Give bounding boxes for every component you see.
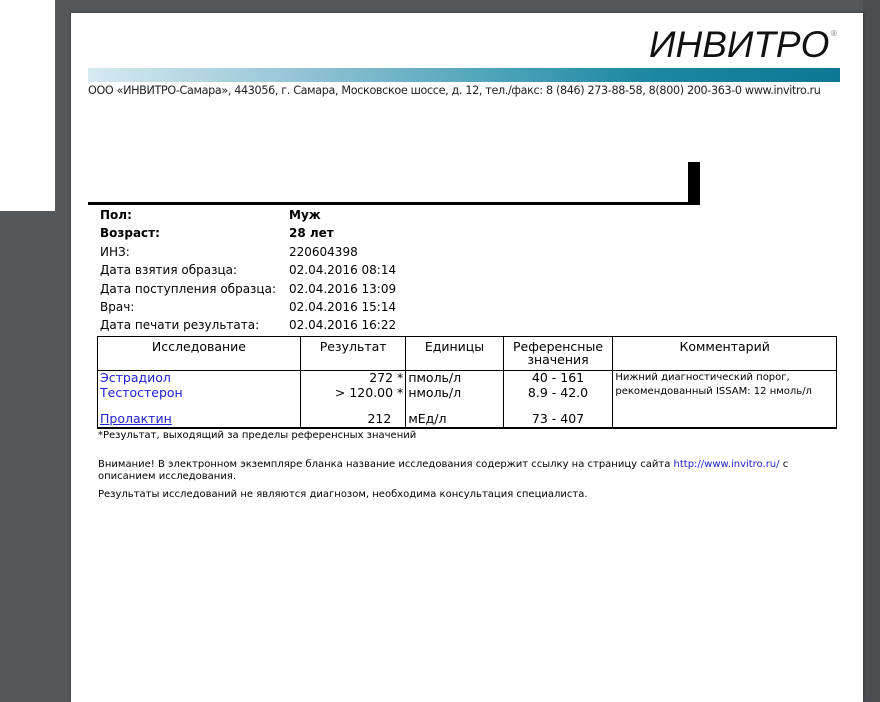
registered-mark: ® [831, 29, 837, 38]
info-value: 02.04.2016 16:22 [289, 316, 396, 334]
column-header-comment: Комментарий [613, 337, 837, 371]
info-value: 02.04.2016 08:14 [289, 261, 396, 279]
test-link-testosterone[interactable]: Тестостерон [100, 385, 183, 400]
notice-text: Внимание! В электронном экземпляре бланк… [98, 459, 828, 483]
info-label: Врач: [100, 298, 134, 316]
info-value: 28 лет [289, 224, 334, 242]
info-label: Дата печати результата: [100, 316, 259, 334]
background-page [0, 0, 55, 211]
info-label: Дата поступления образца: [100, 280, 276, 298]
info-value: 02.04.2016 13:09 [289, 280, 396, 298]
company-address: ООО «ИНВИТРО-Самара», 443056, г. Самара,… [88, 84, 821, 97]
column-header-reference: Референсные значения [503, 337, 613, 371]
reference-cell: 40 - 161 8.9 - 42.0 73 - 407 [503, 371, 613, 429]
column-header-result: Результат [300, 337, 405, 371]
info-value: 220604398 [289, 243, 358, 261]
reference-value: 40 - 161 [506, 371, 611, 386]
info-value: 02.04.2016 15:14 [289, 298, 396, 316]
test-cell: Эстрадиол Тестостерон Пролактин [98, 371, 301, 429]
result-value: 212 [303, 412, 403, 427]
info-value: Муж [289, 206, 321, 224]
result-value: > 120.00 * [303, 386, 403, 401]
brand-gradient-bar [88, 68, 840, 82]
result-cell: 272 * > 120.00 * 212 [300, 371, 405, 429]
invitro-site-link[interactable]: http://www.invitro.ru/ [674, 459, 780, 470]
info-label: Дата взятия образца: [100, 261, 237, 279]
units-value: пмоль/л [408, 371, 500, 386]
units-value: нмоль/л [408, 386, 500, 401]
table-header-row: Исследование Результат Единицы Референсн… [98, 337, 837, 371]
result-value: 272 * [303, 371, 403, 386]
column-header-units: Единицы [406, 337, 503, 371]
info-label: Пол: [100, 206, 132, 224]
invitro-logo: ИНВИТРО [649, 25, 829, 65]
results-table: Исследование Результат Единицы Референсн… [97, 336, 837, 429]
table-row: Эстрадиол Тестостерон Пролактин 272 * > … [98, 371, 837, 429]
reference-value: 8.9 - 42.0 [506, 386, 611, 401]
header-divider [88, 202, 700, 205]
units-value: мЕд/л [408, 412, 500, 427]
test-link-prolactin[interactable]: Пролактин [100, 411, 172, 426]
redaction-bar [688, 162, 700, 205]
units-cell: пмоль/л нмоль/л мЕд/л [406, 371, 503, 429]
column-header-test: Исследование [98, 337, 301, 371]
comment-cell: Нижний диагностический порог, рекомендов… [613, 371, 837, 429]
footnote: *Результат, выходящий за пределы референ… [98, 430, 416, 441]
reference-value: 73 - 407 [506, 412, 611, 427]
info-label: ИНЗ: [100, 243, 130, 261]
test-link-estradiol[interactable]: Эстрадиол [100, 370, 171, 385]
document-page: ИНВИТРО ® ООО «ИНВИТРО-Самара», 443056, … [71, 13, 863, 702]
scrollbar-track[interactable] [863, 0, 880, 702]
disclaimer: Результаты исследований не являются диаг… [98, 489, 588, 500]
notice-before: Внимание! В электронном экземпляре бланк… [98, 459, 674, 470]
info-label: Возраст: [100, 224, 160, 242]
